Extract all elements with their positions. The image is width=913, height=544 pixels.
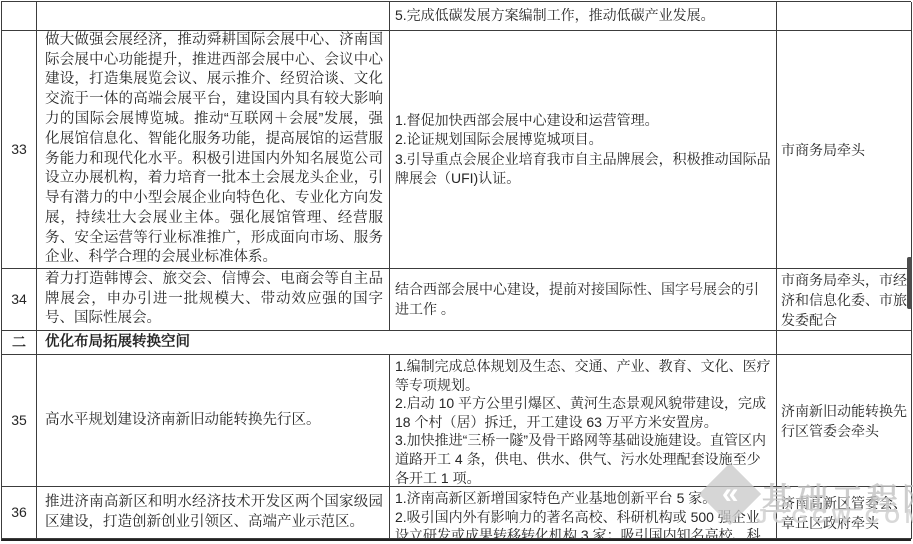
row-number-cell: 33 — [2, 31, 37, 269]
scrollbar-thumb[interactable] — [907, 257, 912, 309]
measures-cell: 1.济南高新区新增国家特色产业基地创新平台 5 家。 2.吸引国内外有影响力的著… — [390, 487, 777, 539]
work-plan-table: 5.完成低碳发展方案编制工作，推动低碳产业发展。 33 做大做强会展经济，推动舜… — [1, 1, 911, 541]
row-number-cell: 34 — [2, 269, 37, 331]
responsible-cell — [777, 2, 912, 31]
section-title-cell: 优化布局拓展转换空间 — [37, 331, 777, 355]
responsible-cell: 市商务局牵头，市经济和信息化委、市旅发委配合 — [777, 269, 912, 331]
task-cell: 着力打造韩博会、旅交会、信博会、电商会等自主品牌展会，申办引进一批规模大、带动效… — [37, 269, 390, 331]
responsible-cell: 济南高新区管委会、章丘区政府牵头 — [777, 487, 912, 539]
responsible-cell — [777, 331, 912, 355]
section-number-cell: 二 — [2, 331, 37, 355]
measures-cell: 1.编制完成总体规划及生态、交通、产业、教育、文化、医疗等专项规划。 2.启动 … — [390, 355, 777, 487]
row-number-cell: 36 — [2, 487, 37, 539]
row-number-cell: 35 — [2, 355, 37, 487]
measures-cell: 结合西部会展中心建设，提前对接国际性、国字号展会的引进工作 。 — [390, 269, 777, 331]
measures-cell: 5.完成低碳发展方案编制工作，推动低碳产业发展。 — [390, 2, 777, 31]
row-number-cell — [2, 2, 37, 31]
task-cell: 做大做强会展经济，推动舜耕国际会展中心、济南国际会展中心功能提升，推进西部会展中… — [37, 31, 390, 269]
responsible-cell: 市商务局牵头 — [777, 31, 912, 269]
task-cell: 高水平规划建设济南新旧动能转换先行区。 — [37, 355, 390, 487]
responsible-cell: 济南新旧动能转换先行区管委会牵头 — [777, 355, 912, 487]
measures-cell: 1.督促加快西部会展中心建设和运营管理。 2.论证规划国际会展博览城项目。 3.… — [390, 31, 777, 269]
task-cell: 推进济南高新区和明水经济技术开发区两个国家级园区建设，打造创新创业引领区、高端产… — [37, 487, 390, 539]
task-cell — [37, 2, 390, 31]
